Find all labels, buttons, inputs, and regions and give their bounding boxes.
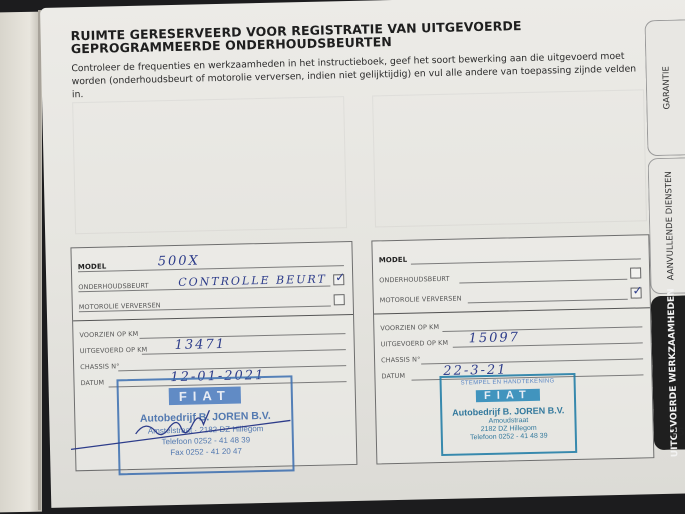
- model-row: MODEL 500X: [78, 252, 344, 274]
- onderhoudsbeurt-row: ONDERHOUDSBEURT: [379, 265, 641, 287]
- booklet-page: RUIMTE GERESERVEERD VOOR REGISTRATIE VAN…: [40, 0, 685, 508]
- fiat-logo: FIAT: [169, 387, 241, 406]
- motorolie-label: MOTOROLIE VERVERSEN: [380, 295, 462, 305]
- service-card-1: MODEL 500X ONDERHOUDSBEURT CONTROLLE BEU…: [70, 241, 357, 471]
- show-through-card-left: [72, 96, 347, 234]
- uitgevoerd-km-value[interactable]: 13471: [175, 337, 227, 353]
- uitgevoerd-label: UITGEVOERD OP km: [80, 346, 148, 356]
- signature-icon: [65, 408, 296, 453]
- chassis-label: CHASSIS N°: [80, 362, 120, 371]
- checkmark-icon: ✓: [632, 283, 642, 297]
- page-number: 25: [669, 425, 685, 438]
- uitgevoerd-km-value[interactable]: 15097: [468, 330, 520, 346]
- model-row: MODEL: [379, 245, 641, 267]
- model-label: MODEL: [379, 256, 408, 265]
- voorzien-label: VOORZIEN OP km: [380, 323, 439, 332]
- previous-page-edge: [0, 12, 42, 513]
- chassis-label: CHASSIS N°: [381, 355, 421, 364]
- checkmark-icon: ✓: [335, 270, 345, 284]
- service-card-2: MODEL ONDERHOUDSBEURT MOTOROLIE VERVERSE…: [371, 234, 654, 464]
- uitgevoerd-label: UITGEVOERD OP km: [381, 339, 449, 349]
- datum-label: DATUM: [80, 379, 104, 388]
- motorolie-checkbox[interactable]: [334, 294, 345, 305]
- motorolie-row: MOTOROLIE VERVERSEN ✓: [380, 285, 642, 307]
- tab-garantie[interactable]: GARANTIE: [644, 19, 685, 156]
- onderhoudsbeurt-checkbox[interactable]: [630, 267, 641, 278]
- voorzien-label: VOORZIEN OP km: [79, 330, 138, 339]
- tab-aanvullende-diensten[interactable]: AANVULLENDE DIENSTEN: [648, 157, 685, 294]
- dealer-stamp-2: STEMPEL EN HANDTEKENING FIAT Autobedrijf…: [439, 373, 577, 456]
- motorolie-checkbox[interactable]: ✓: [630, 287, 641, 298]
- model-value[interactable]: 500X: [158, 253, 200, 269]
- onderhoudsbeurt-row: ONDERHOUDSBEURT CONTROLLE BEURT ✓: [78, 272, 344, 294]
- stamp-header: STEMPEL EN HANDTEKENING: [442, 378, 574, 387]
- booklet-spine: [38, 10, 41, 510]
- page-title: RUIMTE GERESERVEERD VOOR REGISTRATIE VAN…: [70, 17, 630, 56]
- onderhoudsbeurt-checkbox[interactable]: ✓: [333, 274, 344, 285]
- show-through-card-right: [372, 89, 647, 227]
- datum-label: DATUM: [381, 372, 405, 381]
- fiat-logo: FIAT: [476, 389, 540, 402]
- motorolie-row: MOTOROLIE VERVERSEN: [79, 292, 345, 314]
- onderhoudsbeurt-label: ONDERHOUDSBEURT: [379, 275, 450, 285]
